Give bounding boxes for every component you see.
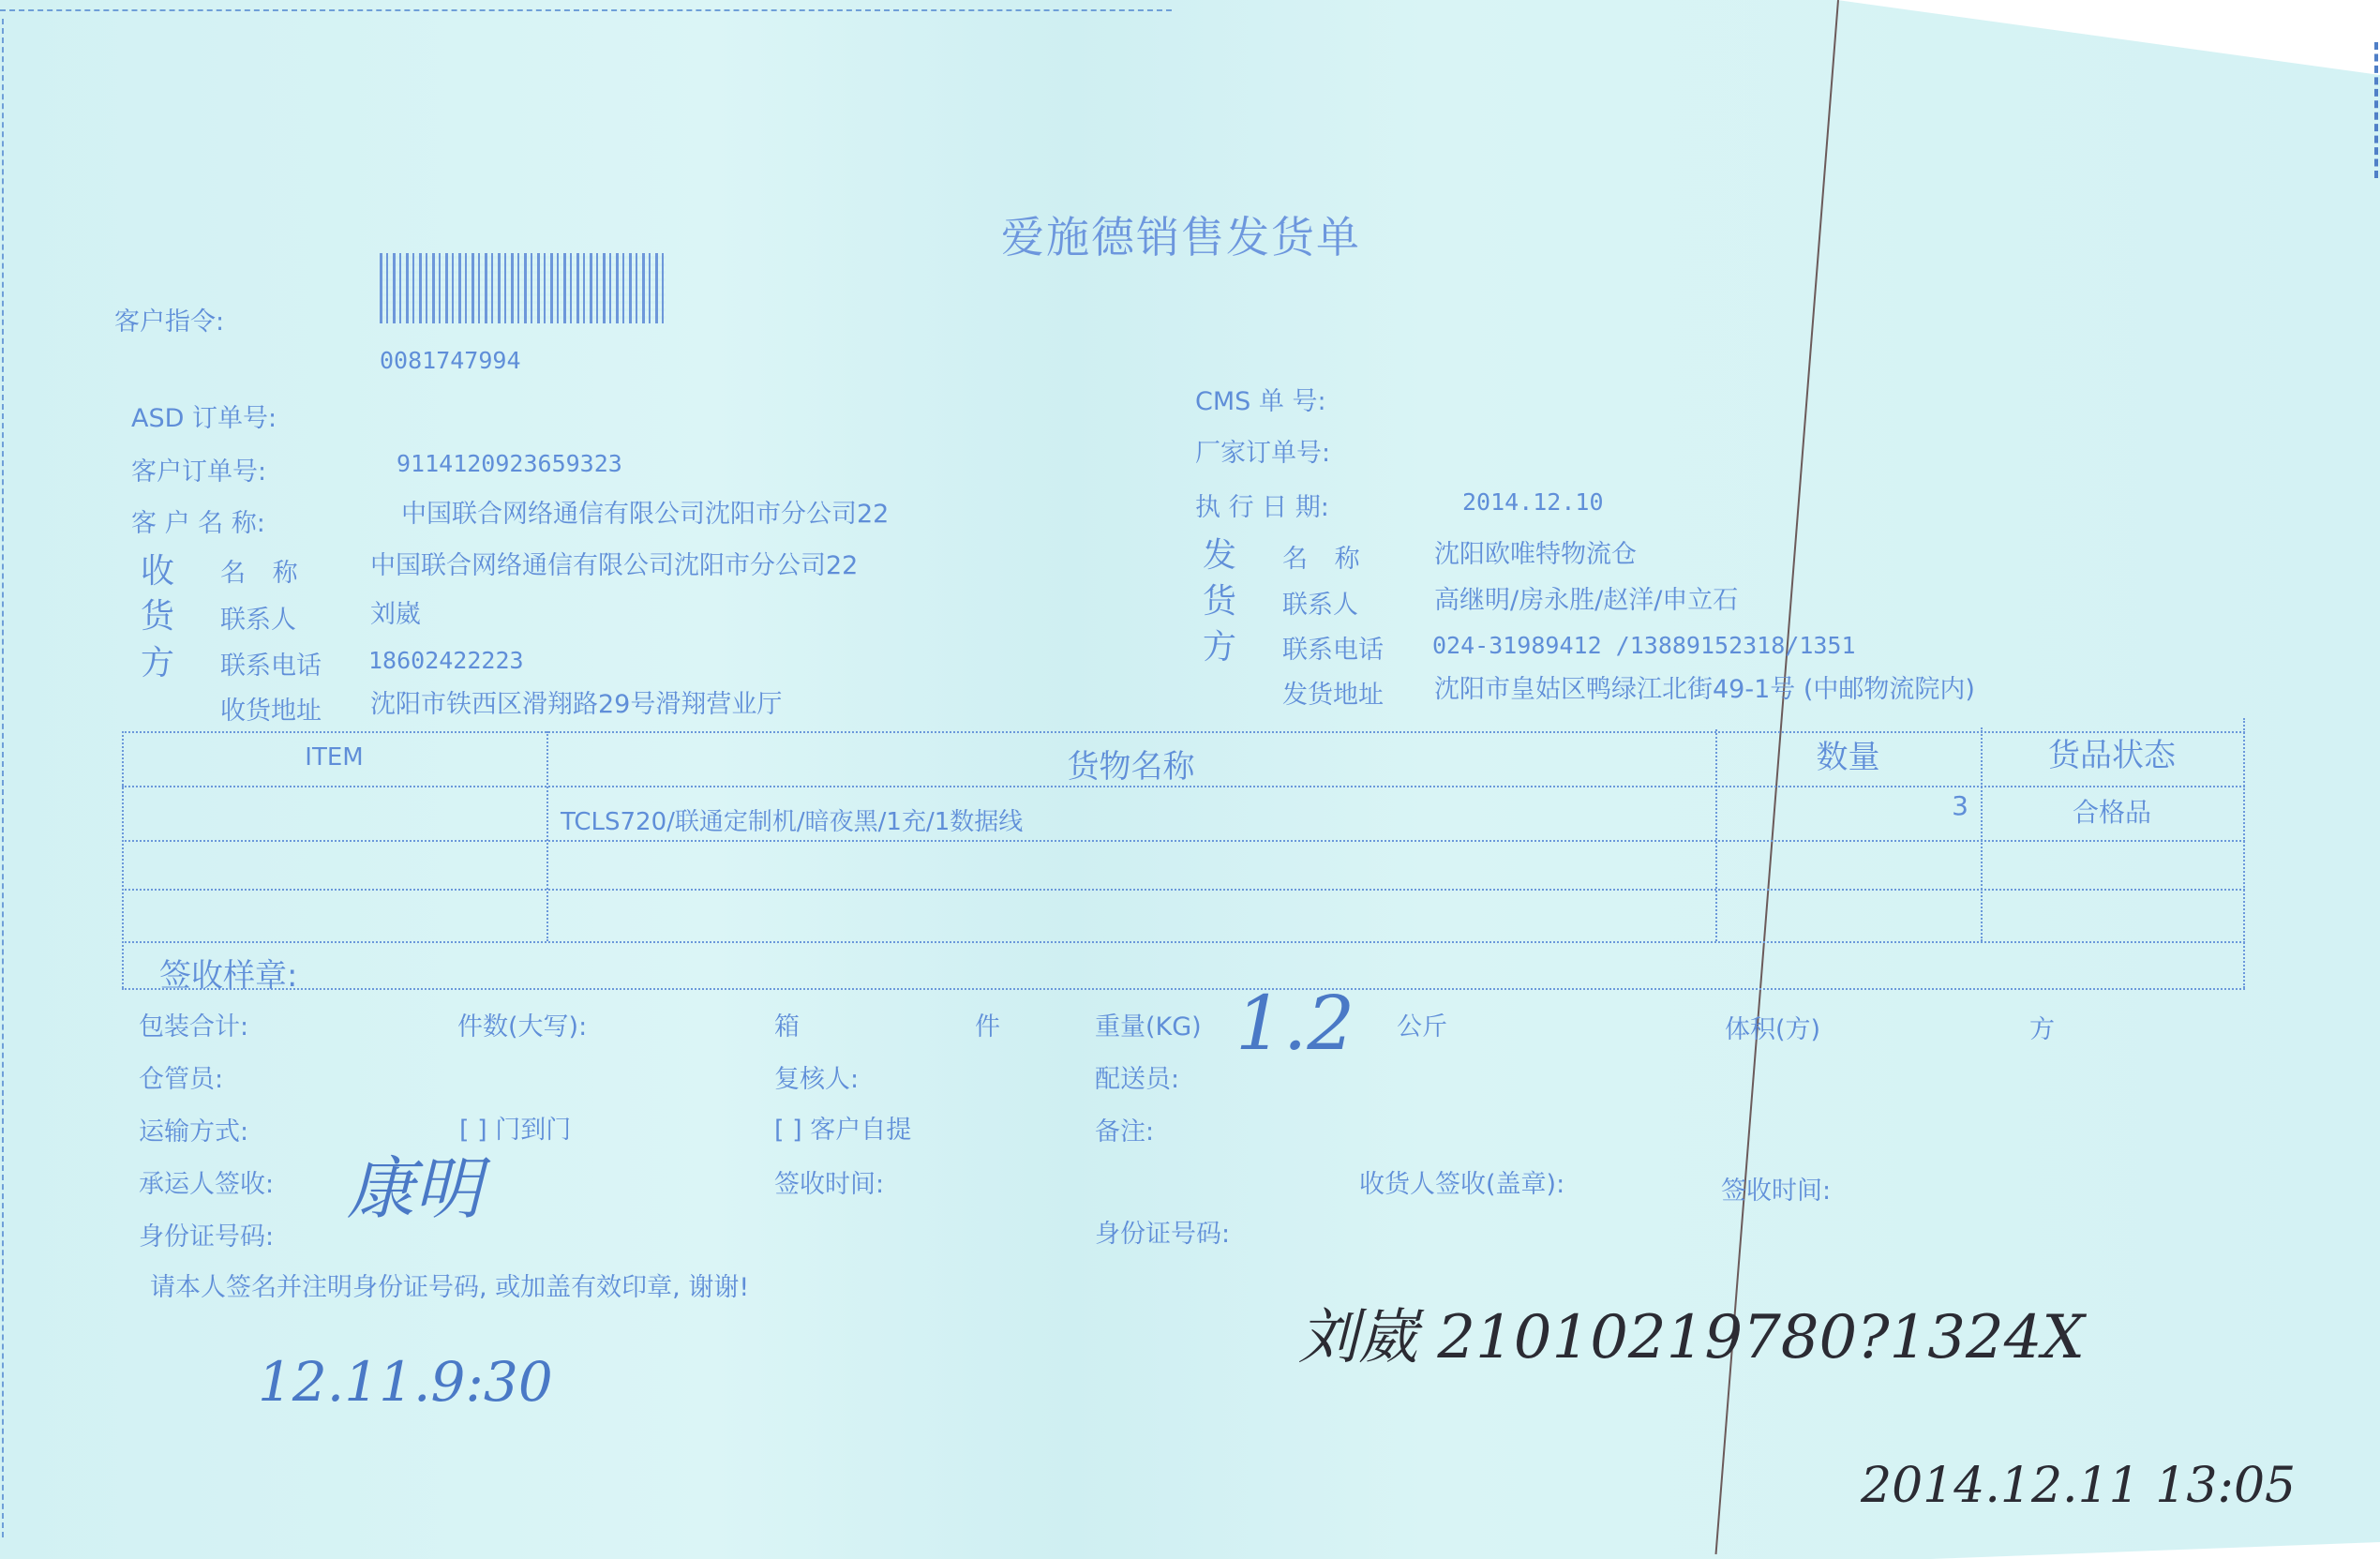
consignee-name-value: 中国联合网络通信有限公司沈阳市分公司22	[370, 553, 858, 578]
goods-table: ITEM 货物名称 数量 货品状态 TCLS720/联通定制机/暗夜黑/1充/1…	[122, 701, 2245, 992]
table-header-item: ITEM	[122, 743, 546, 772]
perforation-right	[2374, 42, 2378, 178]
consignee-contact-label: 联系人	[220, 607, 296, 633]
customer-name-value: 中国联合网络通信有限公司沈阳市分公司22	[401, 502, 889, 527]
consignee-phone-value: 18602422223	[368, 649, 524, 672]
factory-order-label: 厂家订单号:	[1195, 441, 1330, 466]
consignee-side-2: 货	[141, 600, 174, 634]
table-line	[122, 941, 2245, 943]
customer-order-label: 客户订单号:	[131, 459, 266, 485]
row-goods-name: TCLS720/联通定制机/暗夜黑/1充/1数据线	[561, 802, 1023, 837]
remark-label: 备注:	[1095, 1119, 1154, 1145]
consignee-signature-handwritten: 刘崴 21010219780?1324X	[1298, 1289, 2085, 1375]
shipper-name-value: 沈阳欧唯特物流仓	[1434, 542, 1637, 567]
customer-name-label: 客 户 名 称:	[131, 511, 265, 536]
package-total-label: 包装合计:	[139, 1014, 248, 1040]
transport-label: 运输方式:	[139, 1119, 248, 1145]
piece-unit: 件	[975, 1014, 1000, 1040]
weight-handwritten-value: 1.2	[1235, 980, 1355, 1067]
cms-label: CMS 单 号:	[1195, 389, 1326, 414]
shipper-phone-label: 联系电话	[1282, 637, 1384, 663]
document-title: 爱施德销售发货单	[1001, 216, 1361, 259]
carrier-time-handwritten: 12.11.9:30	[258, 1350, 553, 1414]
carrier-sign-label: 承运人签收:	[139, 1172, 274, 1197]
shipper-contact-label: 联系人	[1282, 592, 1358, 618]
consignee-side-3: 方	[141, 647, 174, 681]
consignee-side-1: 收	[141, 555, 174, 589]
asd-order-label: ASD 订单号:	[131, 406, 277, 431]
table-line	[122, 840, 2245, 842]
row-qty: 3	[1715, 790, 1968, 821]
barcode-icon	[380, 253, 666, 323]
shipper-side-1: 发	[1203, 539, 1236, 573]
table-border-bottom	[122, 988, 2245, 990]
exec-date-value: 2014.12.10	[1462, 490, 1604, 514]
consignee-sign-time-label: 签收时间:	[1721, 1178, 1831, 1204]
table-border-right	[2243, 718, 2245, 988]
row-status: 合格品	[1981, 792, 2243, 830]
shipper-side-2: 货	[1203, 585, 1236, 619]
reviewer-label: 复核人:	[774, 1067, 859, 1092]
pieces-label: 件数(大写):	[457, 1014, 587, 1040]
table-header-qty: 数量	[1715, 731, 1981, 777]
shipper-address-value: 沈阳市皇姑区鸭绿江北街49-1号 (中邮物流院内)	[1434, 677, 1975, 702]
carrier-signature: 康明	[347, 1134, 482, 1232]
table-header-name: 货物名称	[546, 741, 1715, 787]
customer-order-value: 9114120923659323	[397, 452, 622, 475]
sign-time-label: 签收时间:	[774, 1172, 884, 1197]
id-number-label-left: 身份证号码:	[139, 1224, 274, 1250]
box-unit: 箱	[774, 1014, 800, 1040]
consignee-contact-value: 刘崴	[370, 602, 421, 627]
customer-instruction-label: 客户指令:	[114, 309, 224, 335]
consignee-name-label: 名 称	[220, 561, 298, 586]
shipper-contact-value: 高继明/房永胜/赵洋/申立石	[1434, 588, 1738, 613]
id-number-label-right: 身份证号码:	[1095, 1222, 1230, 1247]
consignee-sign-label: 收货人签收(盖章):	[1359, 1172, 1564, 1197]
weight-unit: 公斤	[1397, 1014, 1447, 1040]
shipper-name-label: 名 称	[1282, 547, 1360, 572]
shipper-phone-value: 024-31989412 /13889152318/1351	[1432, 634, 1856, 657]
perforation-top	[0, 9, 1172, 11]
table-header-status: 货品状态	[1981, 729, 2243, 775]
shipper-side-3: 方	[1203, 631, 1236, 665]
volume-label: 体积(方)	[1725, 1017, 1820, 1042]
customer-instruction-value: 0081747994	[380, 349, 521, 372]
consignee-phone-label: 联系电话	[220, 653, 322, 679]
table-line	[122, 889, 2245, 891]
perforation-left	[2, 19, 4, 1537]
delivery-person-label: 配送员:	[1095, 1067, 1179, 1092]
transport-option-pickup[interactable]: [ ] 客户自提	[774, 1117, 911, 1143]
volume-unit: 方	[2029, 1017, 2055, 1042]
weight-label: 重量(KG)	[1095, 1014, 1202, 1040]
exec-date-label: 执 行 日 期:	[1195, 495, 1329, 520]
warehouse-keeper-label: 仓管员:	[139, 1067, 223, 1092]
consignee-datetime-handwritten: 2014.12.11 13:05	[1861, 1458, 2296, 1514]
stamp-label: 签收样章:	[159, 950, 297, 996]
signature-notice: 请本人签名并注明身份证号码, 或加盖有效印章, 谢谢!	[150, 1275, 749, 1300]
